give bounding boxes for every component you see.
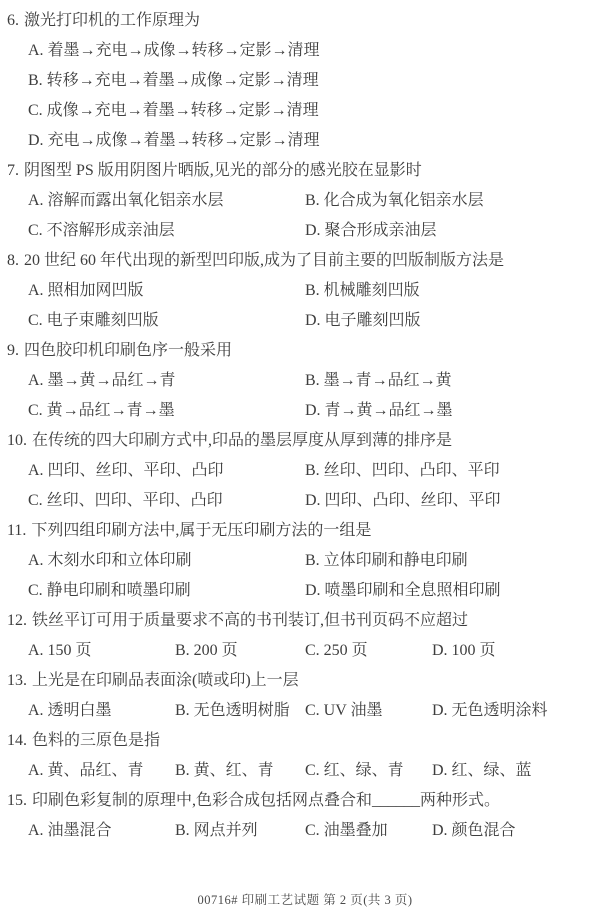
question-number: 10.	[7, 432, 27, 449]
option: C. 不溶解形成亲油层	[28, 216, 305, 246]
option: A. 照相加网凹版	[28, 276, 305, 306]
page-footer: 00716# 印刷工艺试题 第 2 页(共 3 页)	[0, 890, 610, 908]
option: D. 凹印、凸印、丝印、平印	[305, 486, 610, 516]
option: C. 成像→充电→着墨→转移→定影→清理	[0, 96, 610, 126]
option: A. 150 页	[28, 636, 175, 666]
question-heading: 14.色料的三原色是指	[0, 726, 610, 756]
option: B. 网点并列	[175, 816, 305, 846]
option: B. 无色透明树脂	[175, 696, 305, 726]
question-number: 14.	[7, 732, 27, 749]
option: D. 电子雕刻凹版	[305, 306, 610, 336]
option: D. 颜色混合	[432, 816, 610, 846]
question-number: 11.	[7, 522, 26, 539]
question-text: 下列四组印刷方法中,属于无压印刷方法的一组是	[31, 522, 371, 539]
question-block: 11.下列四组印刷方法中,属于无压印刷方法的一组是A. 木刻水印和立体印刷B. …	[0, 516, 610, 606]
question-block: 7.阴图型 PS 版用阴图片晒版,见光的部分的感光胶在显影时A. 溶解而露出氧化…	[0, 156, 610, 246]
option: B. 墨→青→品红→黄	[305, 366, 610, 396]
question-block: 15.印刷色彩复制的原理中,色彩合成包括网点叠合和______两种形式。A. 油…	[0, 786, 610, 846]
question-text: 在传统的四大印刷方式中,印品的墨层厚度从厚到薄的排序是	[32, 432, 452, 449]
question-number: 8.	[7, 252, 19, 269]
option: B. 立体印刷和静电印刷	[305, 546, 610, 576]
option: D. 喷墨印刷和全息照相印刷	[305, 576, 610, 606]
question-block: 6.激光打印机的工作原理为A. 着墨→充电→成像→转移→定影→清理B. 转移→充…	[0, 6, 610, 156]
option: A. 透明白墨	[28, 696, 175, 726]
options-group: A. 透明白墨B. 无色透明树脂C. UV 油墨D. 无色透明涂料	[0, 696, 610, 726]
options-group: A. 油墨混合B. 网点并列C. 油墨叠加D. 颜色混合	[0, 816, 610, 846]
question-text: 上光是在印刷品表面涂(喷或印)上一层	[32, 672, 299, 689]
question-number: 7.	[7, 162, 19, 179]
question-number: 6.	[7, 12, 19, 29]
option: D. 无色透明涂料	[432, 696, 610, 726]
question-text: 铁丝平订可用于质量要求不高的书刊装订,但书刊页码不应超过	[32, 612, 468, 629]
option: B. 机械雕刻凹版	[305, 276, 610, 306]
option: A. 着墨→充电→成像→转移→定影→清理	[0, 36, 610, 66]
option: B. 黄、红、青	[175, 756, 305, 786]
options-group: A. 着墨→充电→成像→转移→定影→清理B. 转移→充电→着墨→成像→定影→清理…	[0, 36, 610, 156]
option: C. 电子束雕刻凹版	[28, 306, 305, 336]
question-text: 20 世纪 60 年代出现的新型凹印版,成为了目前主要的凹版制版方法是	[24, 252, 504, 269]
option: C. 250 页	[305, 636, 432, 666]
option: D. 青→黄→品红→墨	[305, 396, 610, 426]
question-block: 12.铁丝平订可用于质量要求不高的书刊装订,但书刊页码不应超过A. 150 页B…	[0, 606, 610, 666]
options-group: A. 墨→黄→品红→青B. 墨→青→品红→黄C. 黄→品红→青→墨D. 青→黄→…	[0, 366, 610, 426]
option: B. 转移→充电→着墨→成像→定影→清理	[0, 66, 610, 96]
question-block: 14.色料的三原色是指A. 黄、品红、青B. 黄、红、青C. 红、绿、青D. 红…	[0, 726, 610, 786]
option: A. 凹印、丝印、平印、凸印	[28, 456, 305, 486]
question-text: 色料的三原色是指	[32, 732, 160, 749]
option: C. 油墨叠加	[305, 816, 432, 846]
question-heading: 15.印刷色彩复制的原理中,色彩合成包括网点叠合和______两种形式。	[0, 786, 610, 816]
options-group: A. 溶解而露出氧化铝亲水层B. 化合成为氧化铝亲水层C. 不溶解形成亲油层D.…	[0, 186, 610, 246]
question-text: 阴图型 PS 版用阴图片晒版,见光的部分的感光胶在显影时	[24, 162, 422, 179]
question-heading: 10.在传统的四大印刷方式中,印品的墨层厚度从厚到薄的排序是	[0, 426, 610, 456]
option: D. 充电→成像→着墨→转移→定影→清理	[0, 126, 610, 156]
question-heading: 6.激光打印机的工作原理为	[0, 6, 610, 36]
question-heading: 9.四色胶印机印刷色序一般采用	[0, 336, 610, 366]
options-group: A. 凹印、丝印、平印、凸印B. 丝印、凹印、凸印、平印C. 丝印、凹印、平印、…	[0, 456, 610, 516]
options-group: A. 照相加网凹版B. 机械雕刻凹版C. 电子束雕刻凹版D. 电子雕刻凹版	[0, 276, 610, 336]
option: B. 200 页	[175, 636, 305, 666]
question-block: 8.20 世纪 60 年代出现的新型凹印版,成为了目前主要的凹版制版方法是A. …	[0, 246, 610, 336]
options-group: A. 木刻水印和立体印刷B. 立体印刷和静电印刷C. 静电印刷和喷墨印刷D. 喷…	[0, 546, 610, 606]
option: C. UV 油墨	[305, 696, 432, 726]
question-heading: 7.阴图型 PS 版用阴图片晒版,见光的部分的感光胶在显影时	[0, 156, 610, 186]
option: A. 油墨混合	[28, 816, 175, 846]
question-block: 13.上光是在印刷品表面涂(喷或印)上一层A. 透明白墨B. 无色透明树脂C. …	[0, 666, 610, 726]
question-block: 10.在传统的四大印刷方式中,印品的墨层厚度从厚到薄的排序是A. 凹印、丝印、平…	[0, 426, 610, 516]
question-block: 9.四色胶印机印刷色序一般采用A. 墨→黄→品红→青B. 墨→青→品红→黄C. …	[0, 336, 610, 426]
option: C. 丝印、凹印、平印、凸印	[28, 486, 305, 516]
option: C. 黄→品红→青→墨	[28, 396, 305, 426]
options-group: A. 150 页B. 200 页C. 250 页D. 100 页	[0, 636, 610, 666]
question-heading: 11.下列四组印刷方法中,属于无压印刷方法的一组是	[0, 516, 610, 546]
exam-paper: 6.激光打印机的工作原理为A. 着墨→充电→成像→转移→定影→清理B. 转移→充…	[0, 0, 610, 922]
question-heading: 12.铁丝平订可用于质量要求不高的书刊装订,但书刊页码不应超过	[0, 606, 610, 636]
question-text: 印刷色彩复制的原理中,色彩合成包括网点叠合和______两种形式。	[32, 792, 500, 809]
question-heading: 13.上光是在印刷品表面涂(喷或印)上一层	[0, 666, 610, 696]
option: B. 化合成为氧化铝亲水层	[305, 186, 610, 216]
question-number: 12.	[7, 612, 27, 629]
question-list: 6.激光打印机的工作原理为A. 着墨→充电→成像→转移→定影→清理B. 转移→充…	[0, 6, 610, 846]
option: D. 聚合形成亲油层	[305, 216, 610, 246]
option: A. 木刻水印和立体印刷	[28, 546, 305, 576]
option: A. 墨→黄→品红→青	[28, 366, 305, 396]
option: C. 静电印刷和喷墨印刷	[28, 576, 305, 606]
question-number: 15.	[7, 792, 27, 809]
question-heading: 8.20 世纪 60 年代出现的新型凹印版,成为了目前主要的凹版制版方法是	[0, 246, 610, 276]
option: A. 黄、品红、青	[28, 756, 175, 786]
options-group: A. 黄、品红、青B. 黄、红、青C. 红、绿、青D. 红、绿、蓝	[0, 756, 610, 786]
option: D. 红、绿、蓝	[432, 756, 610, 786]
option: A. 溶解而露出氧化铝亲水层	[28, 186, 305, 216]
option: B. 丝印、凹印、凸印、平印	[305, 456, 610, 486]
question-number: 13.	[7, 672, 27, 689]
option: D. 100 页	[432, 636, 610, 666]
option: C. 红、绿、青	[305, 756, 432, 786]
question-number: 9.	[7, 342, 19, 359]
question-text: 四色胶印机印刷色序一般采用	[24, 342, 232, 359]
question-text: 激光打印机的工作原理为	[24, 12, 200, 29]
